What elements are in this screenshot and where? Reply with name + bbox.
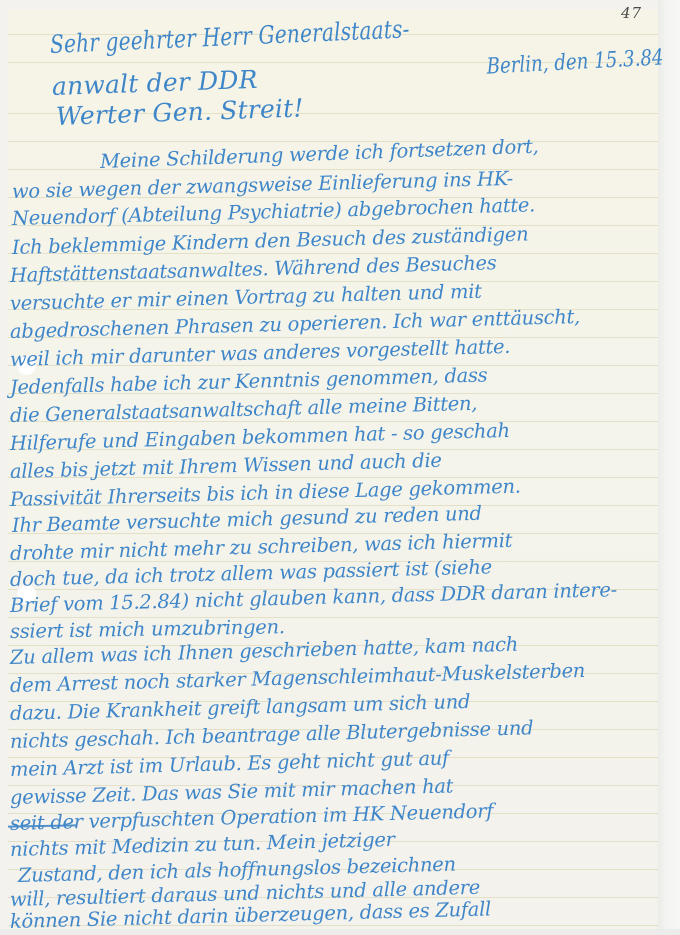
scan-margin-right <box>658 0 680 935</box>
body-line: ssiert ist mich umzubringen. <box>10 615 285 643</box>
page-number: 47 <box>621 4 642 22</box>
scanned-page: 47 Sehr geehrter Herr Generalstaats- Ber… <box>0 0 680 935</box>
